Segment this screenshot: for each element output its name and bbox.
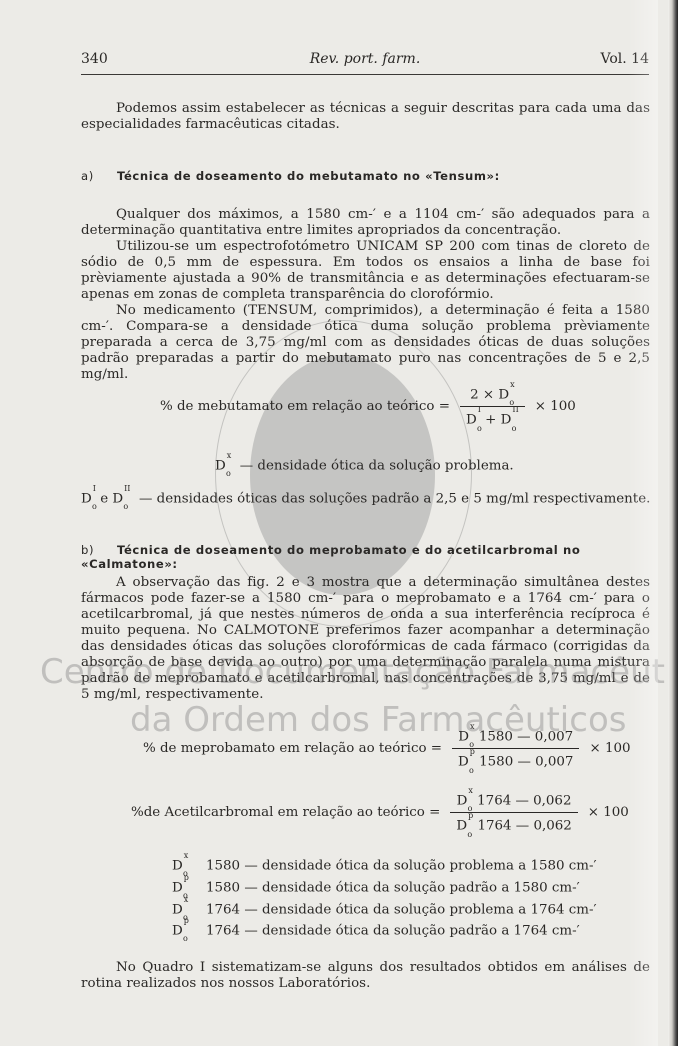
formula-lhs: % de mebutamato em relação ao teórico = — [160, 399, 450, 414]
section-a-paragraph-2: Utilizou-se um espectrofotómetro UNICAM … — [81, 239, 650, 303]
section-a-heading: a)Técnica de doseamento do mebutamato no… — [81, 169, 650, 183]
section-a-title: Técnica de doseamento do mebutamato no «… — [117, 169, 500, 183]
section-a-paragraph-3: No medicamento (TENSUM, comprimidos), a … — [81, 303, 650, 383]
meprobamate-formula: % de meprobamato em relação ao teórico =… — [143, 728, 631, 770]
section-b-body: A observação das fig. 2 e 3 mostra que a… — [81, 575, 650, 703]
legend-item: Dpo1764 — densidade ótica da solução pad… — [172, 922, 580, 938]
page-curl-shadow — [628, 0, 658, 1046]
closing-paragraph: No Quadro I sistematizam-se alguns dos r… — [81, 960, 650, 992]
section-b-heading: b)Técnica de doseamento do meprobamato e… — [81, 543, 650, 571]
legend-item: Dxo1580 — densidade ótica da solução pro… — [172, 857, 597, 873]
intro-paragraph: Podemos assim estabelecer as técnicas a … — [81, 101, 650, 133]
section-b-letter: b) — [81, 543, 117, 557]
formula-multiplier: × 100 — [535, 399, 576, 414]
section-a-letter: a) — [81, 169, 117, 183]
running-header: 340 Rev. port. farm. Vol. 14 — [81, 51, 649, 73]
section-a-body: Qualquer dos máximos, a 1580 cm-′ e a 11… — [81, 207, 650, 383]
mebutamate-formula: % de mebutamato em relação ao teórico = … — [160, 386, 576, 428]
section-b-paragraph: A observação das fig. 2 e 3 mostra que a… — [81, 575, 650, 703]
legend-standard-densities: DIo e DIIo — densidades óticas das soluç… — [81, 490, 650, 506]
formula-fraction: 2 × Dxo DIo + DIIo — [460, 386, 525, 428]
section-b-title: Técnica de doseamento do meprobamato e d… — [81, 543, 580, 571]
journal-title: Rev. port. farm. — [81, 51, 649, 67]
legend-item: Dpo1580 — densidade ótica da solução pad… — [172, 879, 580, 895]
book-spine-edge — [668, 0, 678, 1046]
acetylcarbromal-formula: %de Acetilcarbromal em relação ao teóric… — [131, 792, 629, 834]
document-page: 340 Rev. port. farm. Vol. 14 Podemos ass… — [0, 0, 668, 1046]
header-divider — [81, 74, 649, 75]
legend-problem-density: Dxo — densidade ótica da solução problem… — [215, 457, 514, 473]
legend-item: Dxo1764 — densidade ótica da solução pro… — [172, 901, 597, 917]
section-a-paragraph-1: Qualquer dos máximos, a 1580 cm-′ e a 11… — [81, 207, 650, 239]
